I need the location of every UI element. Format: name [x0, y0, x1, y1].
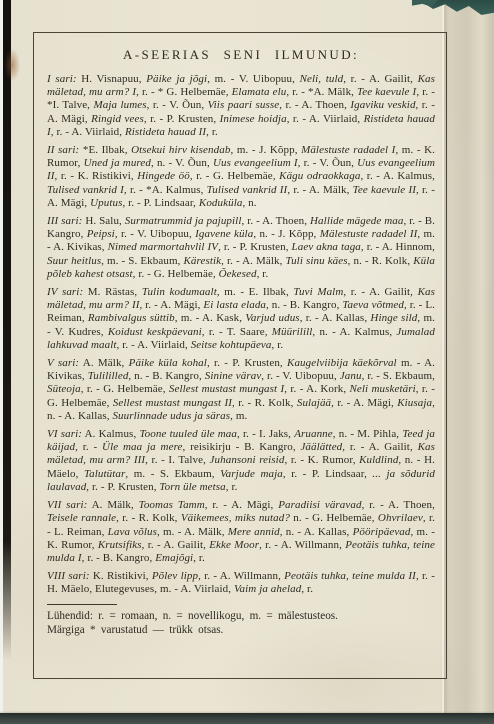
book-title-italic: Elamata elu — [232, 86, 287, 98]
book-title-italic: Inimese hoidja — [220, 113, 287, 125]
book-title-italic: Tuvi Malm — [293, 286, 343, 298]
book-title-italic: Otsekui hirv kisendab — [131, 144, 230, 156]
book-title-italic: Tulised vankrid II — [207, 184, 288, 196]
book-title-italic: Süteoja — [47, 383, 81, 395]
book-back-page-scan: A-SEERIAS SENI ILMUNUD: I sari: H. Visna… — [0, 0, 494, 724]
book-title-italic: Suur heitlus — [47, 255, 101, 267]
book-title-italic: Päike küla kohal — [129, 357, 207, 369]
book-title-italic: Igavene küla — [195, 228, 253, 240]
page-title: A-SEERIAS SENI ILMUNUD: — [47, 47, 435, 63]
book-title-italic: Lava võlus — [108, 526, 157, 538]
book-title-italic: II sari: — [47, 144, 79, 156]
book-title-italic: Ringid vees — [91, 113, 144, 125]
book-title-italic: Neli musketäri — [349, 383, 415, 395]
book-title-italic: Maja lumes — [93, 99, 146, 111]
book-title-italic: Ei lasta elada — [203, 299, 266, 311]
book-title-italic: Kärestik — [183, 255, 221, 267]
book-title-italic: Neli, tuld — [300, 73, 344, 85]
book-title-italic: Seitse kohtupäeva — [191, 339, 272, 351]
book-title-italic: Ristideta hauad II — [125, 126, 206, 138]
book-title-italic: Ohvrilaev — [378, 512, 423, 524]
series-paragraph-V: V sari: A. Mälk, Päike küla kohal, r. - … — [47, 357, 435, 423]
book-title-italic: Peotäis tuhka, teine mulda II — [284, 570, 416, 582]
book-title-italic: Päike ja jõgi — [146, 73, 207, 85]
book-title-italic: Tulililled — [88, 370, 129, 382]
book-title-italic: Hinge sild — [370, 312, 417, 324]
book-title-italic: Sellest mustast mungast II — [113, 397, 232, 409]
book-title-italic: Peipsi — [87, 228, 115, 240]
book-title-italic: Sulajää — [297, 397, 331, 409]
series-list: I sari: H. Visnapuu, Päike ja jõgi, m. -… — [47, 73, 435, 597]
book-title-italic: Emajõgi — [155, 552, 193, 564]
book-spine-strip — [3, 0, 11, 660]
book-title-italic: Tee kaevule II — [353, 184, 416, 196]
book-title-italic: Torn üle metsa — [159, 481, 225, 493]
asterisk-note: Märgiga * varustatud — trükk otsas. — [47, 623, 435, 637]
series-paragraph-II: II sari: *E. Ilbak, Otsekui hirv kisenda… — [47, 144, 435, 210]
series-paragraph-III: III sari: H. Salu, Surmatrummid ja pajup… — [47, 215, 435, 281]
book-title-italic: Surmatrummid ja pajupill — [125, 215, 242, 227]
paper-stain — [4, 48, 20, 82]
book-title-italic: Väikemees, miks nutad? — [181, 512, 290, 524]
book-title-italic: Jäälätted — [300, 441, 342, 453]
book-title-italic: VI sari: — [47, 428, 82, 440]
book-title-italic: Hallide mägede maa — [310, 215, 403, 227]
book-title-italic: Sinine värav — [205, 370, 262, 382]
book-title-italic: Tulised vankrid I — [47, 184, 124, 196]
book-title-italic: Kägu odraokkaga — [279, 170, 360, 182]
book-title-italic: Toone tuuled üle maa — [139, 428, 237, 440]
book-title-italic: Mere annid — [228, 526, 280, 538]
book-title-italic: Aruanne — [294, 428, 333, 440]
book-title-italic: Sellest mustast mungast I — [169, 383, 284, 395]
book-title-italic: Tuli sinu käes — [285, 255, 347, 267]
book-title-italic: Õekesed — [219, 268, 257, 280]
book-title-italic: Tulin kodumaalt — [142, 286, 217, 298]
book-title-italic: Viis paari susse — [208, 99, 280, 111]
book-title-italic: Põlev lipp — [152, 570, 198, 582]
book-title-italic: Tee kaevule I — [357, 86, 416, 98]
book-title-italic: Koduküla — [199, 197, 243, 209]
book-title-italic: Ekke Moor — [209, 539, 259, 551]
series-paragraph-IV: IV sari: M. Rästas, Tulin kodumaalt, m. … — [47, 286, 435, 352]
book-title-italic: Varjud udus — [245, 312, 299, 324]
book-title-italic: Uputus — [90, 197, 122, 209]
book-title-italic: Koidust keskpäevani — [108, 326, 202, 338]
book-title-italic: Talutütar — [84, 468, 125, 480]
series-paragraph-VII: VII sari: A. Mälk, Toomas Tamm, r. - A. … — [47, 499, 435, 565]
book-title-italic: Kiusaja — [397, 397, 432, 409]
book-title-italic: Juhansoni reisid — [210, 454, 285, 466]
book-title-italic: Janu — [340, 370, 362, 382]
book-title-italic: Mälestuste radadel I — [301, 144, 395, 156]
series-paragraph-VI: VI sari: A. Kalmus, Toone tuuled üle maa… — [47, 428, 435, 494]
book-title-italic: Igaviku veskid — [350, 99, 415, 111]
book-title-italic: VII sari: — [47, 499, 87, 511]
book-title-italic: Rambivalgus süttib — [88, 312, 175, 324]
book-title-italic: Uned ja mured — [84, 157, 151, 169]
book-bottom-edge — [0, 713, 494, 724]
book-title-italic: V sari: — [47, 357, 79, 369]
book-title-italic: Kuldlind — [359, 454, 398, 466]
abbreviations-note: Lühendid: r. = romaan, n. = novellikogu,… — [47, 609, 435, 623]
book-title-italic: Pööripäevad — [353, 526, 411, 538]
series-paragraph-I: I sari: H. Visnapuu, Päike ja jõgi, m. -… — [47, 73, 435, 139]
book-title-italic: Nimed marmortahvlil IV — [108, 241, 219, 253]
book-title-italic: Üle maa ja mere — [102, 441, 182, 453]
book-title-italic: IV sari: — [47, 286, 83, 298]
book-title-italic: Mälestuste radadel II — [320, 228, 418, 240]
book-title-italic: Vaim ja ahelad — [234, 583, 301, 595]
book-title-italic: III sari: — [47, 215, 82, 227]
text-frame: A-SEERIAS SENI ILMUNUD: I sari: H. Visna… — [33, 32, 447, 679]
book-title-italic: Varjude maja — [220, 468, 283, 480]
book-title-italic: Teisele rannale — [47, 512, 116, 524]
series-paragraph-VIII: VIII sari: K. Ristikivi, Põlev lipp, r. … — [47, 570, 435, 596]
book-title-italic: VIII sari: — [47, 570, 90, 582]
legend-divider — [47, 604, 117, 605]
book-title-italic: Taeva võtmed — [342, 299, 404, 311]
book-title-italic: Suurlinnade udus ja säras — [112, 410, 230, 422]
book-title-italic: Müürilill — [272, 326, 313, 338]
book-title-italic: Laev akna taga — [292, 241, 361, 253]
book-title-italic: Hingede öö — [137, 170, 190, 182]
book-title-italic: I sari: — [47, 73, 77, 85]
book-title-italic: Toomas Tamm — [139, 499, 205, 511]
book-title-italic: Uus evangeelium I — [213, 157, 298, 169]
book-title-italic: Paradiisi väravad — [278, 499, 361, 511]
book-title-italic: Krutsifiks — [98, 539, 142, 551]
page-fold-shadow — [444, 0, 494, 713]
book-title-italic: Kaugelviibija käekõrval — [287, 357, 397, 369]
